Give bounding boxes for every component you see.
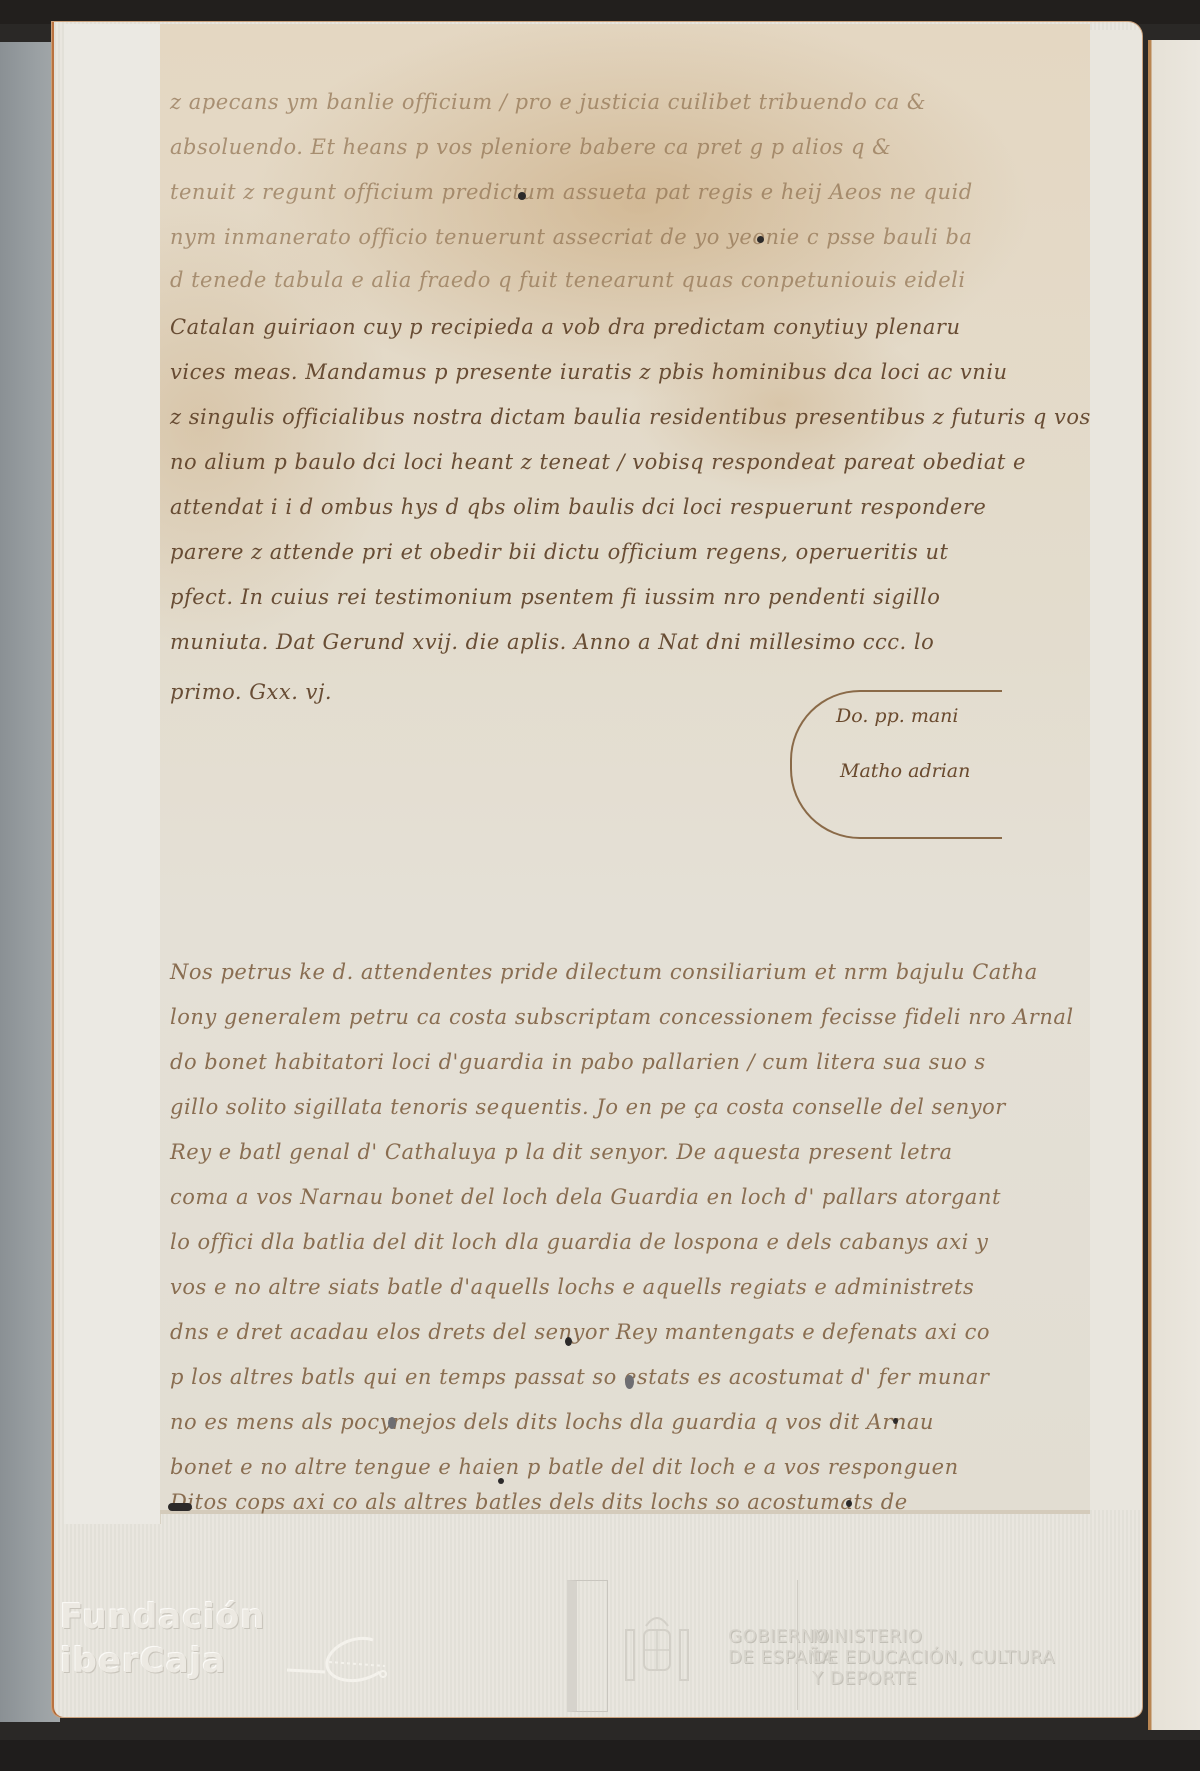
worm-hole — [625, 1375, 634, 1389]
manuscript-line: absoluendo. Et heans p vos pleniore babe… — [170, 135, 891, 159]
scanner-background-bottom — [0, 1740, 1200, 1771]
spain-flag-stripe-icon — [567, 1580, 608, 1712]
worm-hole — [498, 1478, 504, 1484]
scanner-background-top — [0, 0, 1200, 24]
worm-hole — [893, 1418, 898, 1424]
manuscript-line: primo. Gxx. vj. — [170, 680, 332, 704]
manuscript-line: nym inmanerato officio tenuerunt assecri… — [170, 225, 972, 249]
manuscript-line: d tenede tabula e alia fraedo q fuit ten… — [170, 268, 966, 292]
worm-hole — [565, 1337, 572, 1346]
manuscript-line: gillo solito sigillata tenoris sequentis… — [170, 1095, 1006, 1119]
worm-hole — [518, 192, 526, 200]
fundacion-text: Fundación — [60, 1595, 266, 1639]
manuscript-line: bonet e no altre tengue e haien p batle … — [170, 1455, 959, 1479]
logo-divider — [797, 1580, 798, 1710]
ministerio-line-2: DE EDUCACIÓN, CULTURA — [812, 1647, 1055, 1668]
manuscript-line: attendat i i d ombus hys d qbs olim baul… — [170, 495, 986, 519]
manuscript-line: pfect. In cuius rei testimonium psentem … — [170, 585, 940, 609]
manuscript-line: muniuta. Dat Gerund xvij. die aplis. Ann… — [170, 630, 934, 654]
manuscript-line: vos e no altre siats batle d'aquells loc… — [170, 1275, 974, 1299]
manuscript-line: coma a vos Narnau bonet del loch dela Gu… — [170, 1185, 1001, 1209]
ibercaja-logo-icon — [285, 1632, 395, 1692]
ministerio-text: MINISTERIO DE EDUCACIÓN, CULTURA Y DEPOR… — [812, 1626, 1055, 1689]
worm-hole — [846, 1500, 852, 1507]
manuscript-line: vices meas. Mandamus p presente iuratis … — [170, 360, 1008, 384]
signature-line-2: Matho adrian — [840, 760, 970, 782]
manuscript-line: Rey e batl genal d' Cathaluya p la dit s… — [170, 1140, 953, 1164]
adjacent-page-edge — [1148, 40, 1200, 1730]
spanish-coat-of-arms-icon — [622, 1600, 692, 1692]
signature-line-1: Do. pp. mani — [836, 705, 958, 727]
manuscript-line: lo offici dla batlia del dit loch dla gu… — [170, 1230, 988, 1254]
manuscript-line: do bonet habitatori loci d'guardia in pa… — [170, 1050, 986, 1074]
ink-blot — [168, 1503, 192, 1511]
manuscript-line: parere z attende pri et obedir bii dictu… — [170, 540, 948, 564]
ibercaja-text: iberCaja — [60, 1639, 266, 1683]
manuscript-line: Nos petrus ke d. attendentes pride dilec… — [170, 960, 1038, 984]
manuscript-line: z apecans ym banlie officium / pro e jus… — [170, 90, 926, 114]
manuscript-line: tenuit z regunt officium predictum assue… — [170, 180, 973, 204]
manuscript-line: no alium p baulo dci loci heant z teneat… — [170, 450, 1026, 474]
manuscript-line: Catalan guiriaon cuy p recipieda a vob d… — [170, 315, 960, 339]
worm-hole — [388, 1417, 396, 1429]
ministerio-line-3: Y DEPORTE — [812, 1668, 1055, 1689]
manuscript-line: p los altres batls qui en temps passat s… — [170, 1365, 989, 1389]
ministerio-line-1: MINISTERIO — [812, 1626, 1055, 1647]
manuscript-line: dns e dret acadau elos drets del senyor … — [170, 1320, 990, 1344]
manuscript-line: no es mens als pocymejos dels dits lochs… — [170, 1410, 934, 1434]
manuscript-line: Ditos cops axi co als altres batles dels… — [170, 1490, 908, 1514]
left-hinge-strip — [64, 24, 161, 1524]
manuscript-line: lony generalem petru ca costa subscripta… — [170, 1005, 1074, 1029]
worm-hole — [757, 236, 764, 243]
grey-backing-board — [0, 42, 60, 1722]
manuscript-line: z singulis officialibus nostra dictam ba… — [170, 405, 1091, 429]
fundacion-ibercaja-watermark: Fundación iberCaja — [60, 1595, 266, 1683]
